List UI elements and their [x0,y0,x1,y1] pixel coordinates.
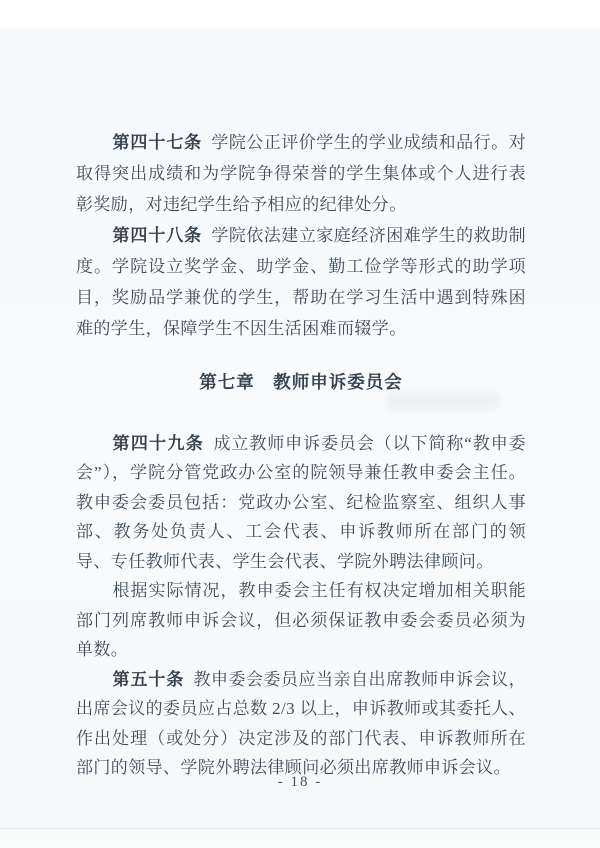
scan-artifact-line [0,828,600,829]
article-50: 第五十条教申委会委员应当亲自出席教师申诉会议，出席会议的委员应占总数 2/3 以… [76,665,526,783]
article-49-note-text: 根据实际情况，教申委会主任有权决定增加相关职能部门列席教师申诉会议，但必须保证教… [76,581,526,659]
article-47: 第四十七条学院公正评价学生的学业成绩和品行。对取得突出成绩和为学院争得荣誉的学生… [76,127,526,220]
bleedthrough-artifact [388,393,498,409]
article-49-text: 成立教师申诉委员会（以下简称“教申委会”），学院分管党政办公室的院领导兼任教申委… [76,434,526,571]
document-page: 第四十七条学院公正评价学生的学业成绩和品行。对取得突出成绩和为学院争得荣誉的学生… [0,0,600,848]
article-48-label: 第四十八条 [113,226,202,245]
article-49-label: 第四十九条 [113,434,205,453]
page-content: 第四十七条学院公正评价学生的学业成绩和品行。对取得突出成绩和为学院争得荣誉的学生… [76,127,526,783]
page-number: - 18 - [0,774,600,791]
article-49: 第四十九条成立教师申诉委员会（以下简称“教申委会”），学院分管党政办公室的院领导… [76,429,526,577]
article-48: 第四十八条学院依法建立家庭经济困难学生的救助制度。学院设立奖学金、助学金、勤工俭… [76,220,526,344]
article-47-label: 第四十七条 [113,133,202,152]
article-50-label: 第五十条 [113,670,185,689]
article-49-note: 根据实际情况，教申委会主任有权决定增加相关职能部门列席教师申诉会议，但必须保证教… [76,576,526,665]
